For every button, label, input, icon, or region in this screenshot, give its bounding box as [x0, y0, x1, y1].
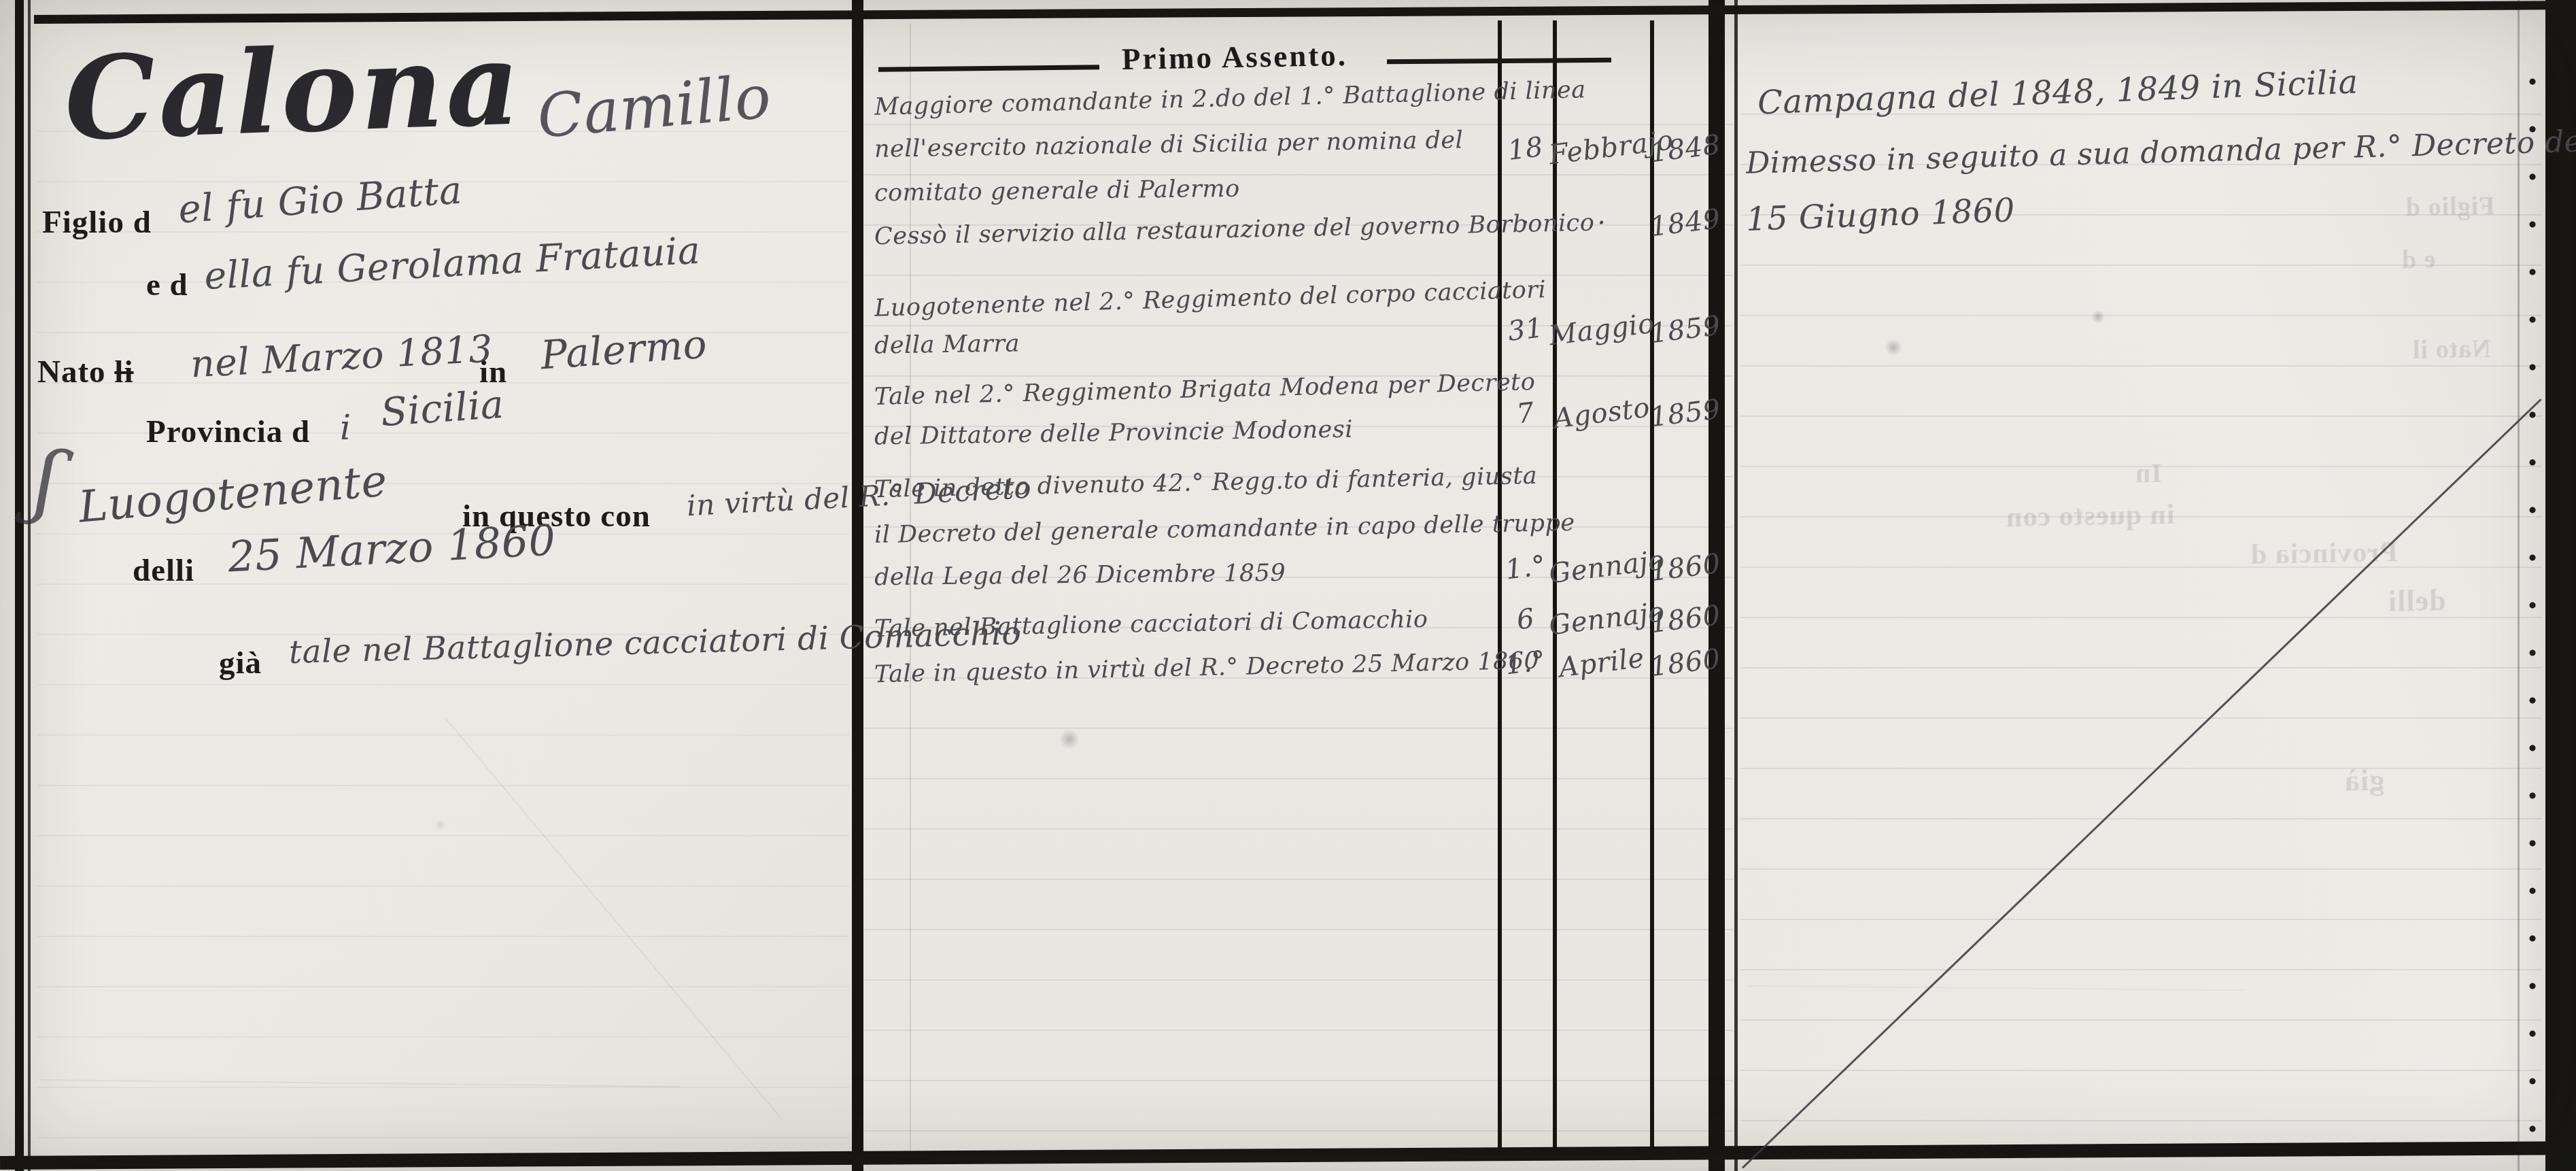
register-scan: Primo Assento. Calona Camillo Figlio d e…: [0, 0, 2576, 1171]
assento-entry-line: comitato generale di Palermo: [874, 175, 1240, 207]
divider-left-middle: [852, 0, 863, 1171]
left-binding-edge-inner: [28, 0, 31, 1171]
label-provincia: Provincia d: [146, 413, 310, 450]
table-rule-year: [1650, 20, 1654, 1157]
label-gia: già: [219, 645, 262, 681]
divider-middle-right: [1708, 0, 1725, 1171]
label-nato-word: Nato: [37, 354, 106, 390]
surname-handwritten: Calona: [63, 16, 525, 166]
ghost-label: Provincia d: [2250, 536, 2399, 571]
label-nato: Nato li: [37, 354, 133, 390]
assento-entry-line: della Lega del 26 Dicembre 1859: [874, 560, 1286, 591]
label-delli: delli: [133, 552, 194, 589]
right-margin-hairline: [2518, 0, 2520, 1171]
ghost-label: Figlio d: [2405, 191, 2495, 222]
ghost-label: e d: [2401, 245, 2436, 275]
ghost-label: In: [2135, 457, 2163, 490]
right-binding-edge: [2545, 0, 2576, 1171]
province-handwritten: Sicilia: [379, 382, 506, 435]
ghost-label: già: [2344, 762, 2385, 798]
ghost-label: delli: [2388, 583, 2447, 618]
label-nato-li-struck: li: [114, 354, 133, 390]
ghost-label: in questo con: [2006, 498, 2176, 534]
province-hand-letter: i: [340, 408, 351, 447]
table-rule-day: [1498, 20, 1502, 1157]
assento-header: Primo Assento.: [1122, 37, 1348, 77]
left-binding-edge: [15, 0, 24, 1171]
ghost-label: Nato il: [2412, 334, 2491, 365]
assento-entry-line: della Marra: [874, 330, 1020, 360]
right-page-edge-line: [1734, 0, 1738, 1171]
label-e-d: e d: [146, 267, 188, 303]
label-figlio: Figlio d: [42, 204, 152, 241]
